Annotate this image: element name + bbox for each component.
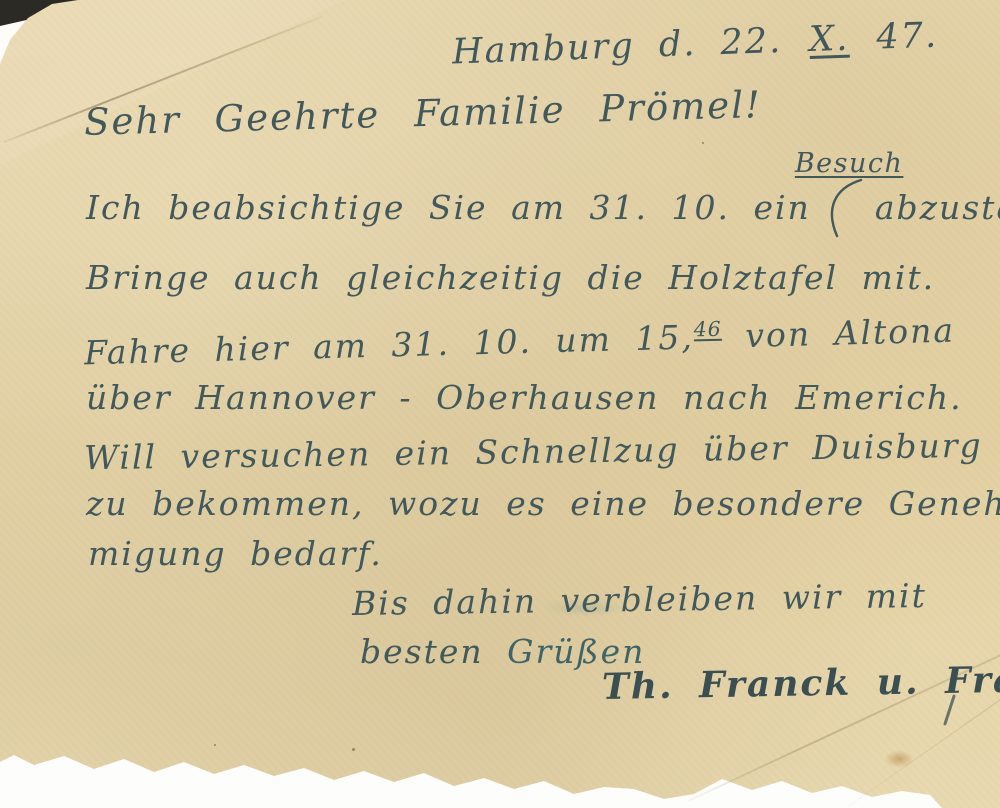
inserted-word-besuch: Besuch — [795, 148, 904, 179]
body-line-3-post: von Altona — [745, 311, 956, 355]
scanned-letter-canvas: Hamburg d. 22. X. 47. Sehr Geehrte Famil… — [0, 0, 1000, 808]
body-line-1-pre: Ich beabsichtige Sie am 31. 10. ein — [86, 188, 811, 227]
body-line-4: über Hannover - Oberhausen nach Emerich. — [86, 378, 963, 417]
body-line-1-post: abzustatten. — [875, 188, 1000, 227]
departure-time-minutes: 46 — [693, 317, 722, 342]
caret-mark-icon — [817, 178, 869, 240]
stain-spot — [884, 750, 914, 768]
body-line-6: zu bekommen, wozu es eine besondere Gene… — [86, 484, 1000, 523]
body-line-2: Bringe auch gleichzeitig die Holztafel m… — [86, 258, 935, 297]
signature-line: Th. Franck u. Frau. — [602, 658, 1000, 708]
month-roman-underlined: X. — [805, 19, 852, 61]
paper-speck — [352, 748, 355, 751]
closing-word-besten: besten — [360, 632, 484, 671]
insertion-gap: Besuch — [811, 194, 875, 227]
paper-speck — [214, 744, 216, 746]
paper-speck — [702, 142, 704, 144]
body-line-1: Ich beabsichtige Sie am 31. 10. ein Besu… — [86, 188, 1000, 227]
year-text: 47. — [876, 16, 939, 58]
closing-line-1: Bis dahin verbleiben wir mit — [352, 576, 927, 623]
body-line-7: migung bedarf. — [88, 534, 383, 573]
